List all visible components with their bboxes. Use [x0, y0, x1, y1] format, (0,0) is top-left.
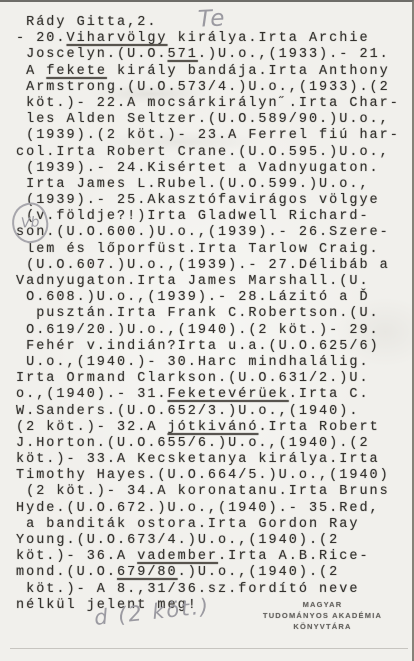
text-line: U.o.,(1940.)- 30.Harc mindhalálig. — [16, 355, 400, 371]
pencil-note-top: Te — [197, 5, 226, 32]
text-line: W.Sanders.(U.O.652/3.)U.o.,(1940). — [16, 404, 400, 420]
text-line: pusztán.Irta Frank C.Robertson.(U. — [16, 306, 400, 322]
text-line: Young.(U.O.673/4.)U.o.,(1940).(2 — [16, 533, 400, 549]
text-line: köt.)- 22.A mocsárkirályn˝.Irta Char- — [16, 96, 400, 112]
text-line: Hyde.(U.O.672.)U.o.,(1940).- 35.Red, — [16, 501, 400, 517]
text-line: Armstrong.(U.O.573/4.)U.o.,(1933).(2 — [16, 80, 400, 96]
text-line: köt.)- 33.A Kecsketanya királya.Irta — [16, 452, 400, 468]
text-line: mond.(U.O.679/80.)U.o.,(1940).(2 — [16, 565, 400, 581]
text-line: Irta James L.Rubel.(U.O.599.)U.o., — [16, 177, 400, 193]
text-line: köt.)- 36.A vadember.Irta A.B.Rice- — [16, 549, 400, 565]
text-line: (U.O.607.)U.o.,(1939).- 27.Délibáb a — [16, 258, 400, 274]
text-line: (v.földje?!)Irta Gladwell Richard- — [16, 209, 400, 225]
library-stamp-line1: MAGYAR — [240, 599, 405, 610]
library-stamp: MAGYAR TUDOMÁNYOS AKADÉMIA KÖNYVTÁRA — [240, 599, 405, 632]
library-stamp-line2: TUDOMÁNYOS AKADÉMIA — [240, 610, 405, 621]
scanned-catalog-card: Rády Gitta,2.- 20.Viharvölgy királya.Irt… — [0, 0, 414, 661]
text-line: son.(U.O.600.)U.o.,(1939).- 26.Szere- — [16, 225, 400, 241]
text-line: Timothy Hayes.(U.O.664/5.)U.o.,(1940) — [16, 468, 400, 484]
text-line: (2 köt.)- 32.A jótkivánó.Irta Robert — [16, 420, 400, 436]
text-line: Fehér v.indián?Irta u.a.(U.O.625/6) — [16, 339, 400, 355]
text-line: J.Horton.(U.O.655/6.)U.o.,(1940).(2 — [16, 436, 400, 452]
text-line: (2 köt.)- 34.A koronatanu.Irta Bruns — [16, 484, 400, 500]
text-line: col.Irta Robert Crane.(U.O.595.)U.o., — [16, 145, 400, 161]
library-stamp-line3: KÖNYVTÁRA — [240, 621, 405, 632]
typewritten-text: Rády Gitta,2.- 20.Viharvölgy királya.Irt… — [16, 15, 400, 614]
text-line: (1939).- 24.Kisértet a Vadnyugaton. — [16, 161, 400, 177]
text-line: A fekete király bandája.Irta Anthony — [16, 64, 400, 80]
text-line: Irta Ormand Clarkson.(U.O.631/2.)U. — [16, 371, 400, 387]
text-line: (1939).(2 köt.)- 23.A Ferrel fiú har- — [16, 128, 400, 144]
text-line: o.,(1940).- 31.Feketevérüek.Irta C. — [16, 387, 400, 403]
text-line: les Alden Seltzer.(U.O.589/90.)U.o., — [16, 112, 400, 128]
text-line: lem és lőporfüst.Irta Tarlow Craig. — [16, 242, 400, 258]
pencil-circled-mark-label: Vb — [20, 214, 40, 231]
text-line: Joscelyn.(U.O.571.)U.o.,(1933).- 21. — [16, 47, 400, 63]
text-line: a banditák ostora.Irta Gordon Ray — [16, 517, 400, 533]
text-line: (1939).- 25.Akasztófavirágos völgye — [16, 193, 400, 209]
text-line: - 20.Viharvölgy királya.Irta Archie — [16, 31, 400, 47]
text-line: O.619/20.)U.o.,(1940).(2 köt.)- 29. — [16, 323, 400, 339]
text-line: O.608.)U.o.,(1939).- 28.Lázitó a Ď — [16, 290, 400, 306]
text-line: Vadnyugaton.Irta James Marshall.(U. — [16, 274, 400, 290]
